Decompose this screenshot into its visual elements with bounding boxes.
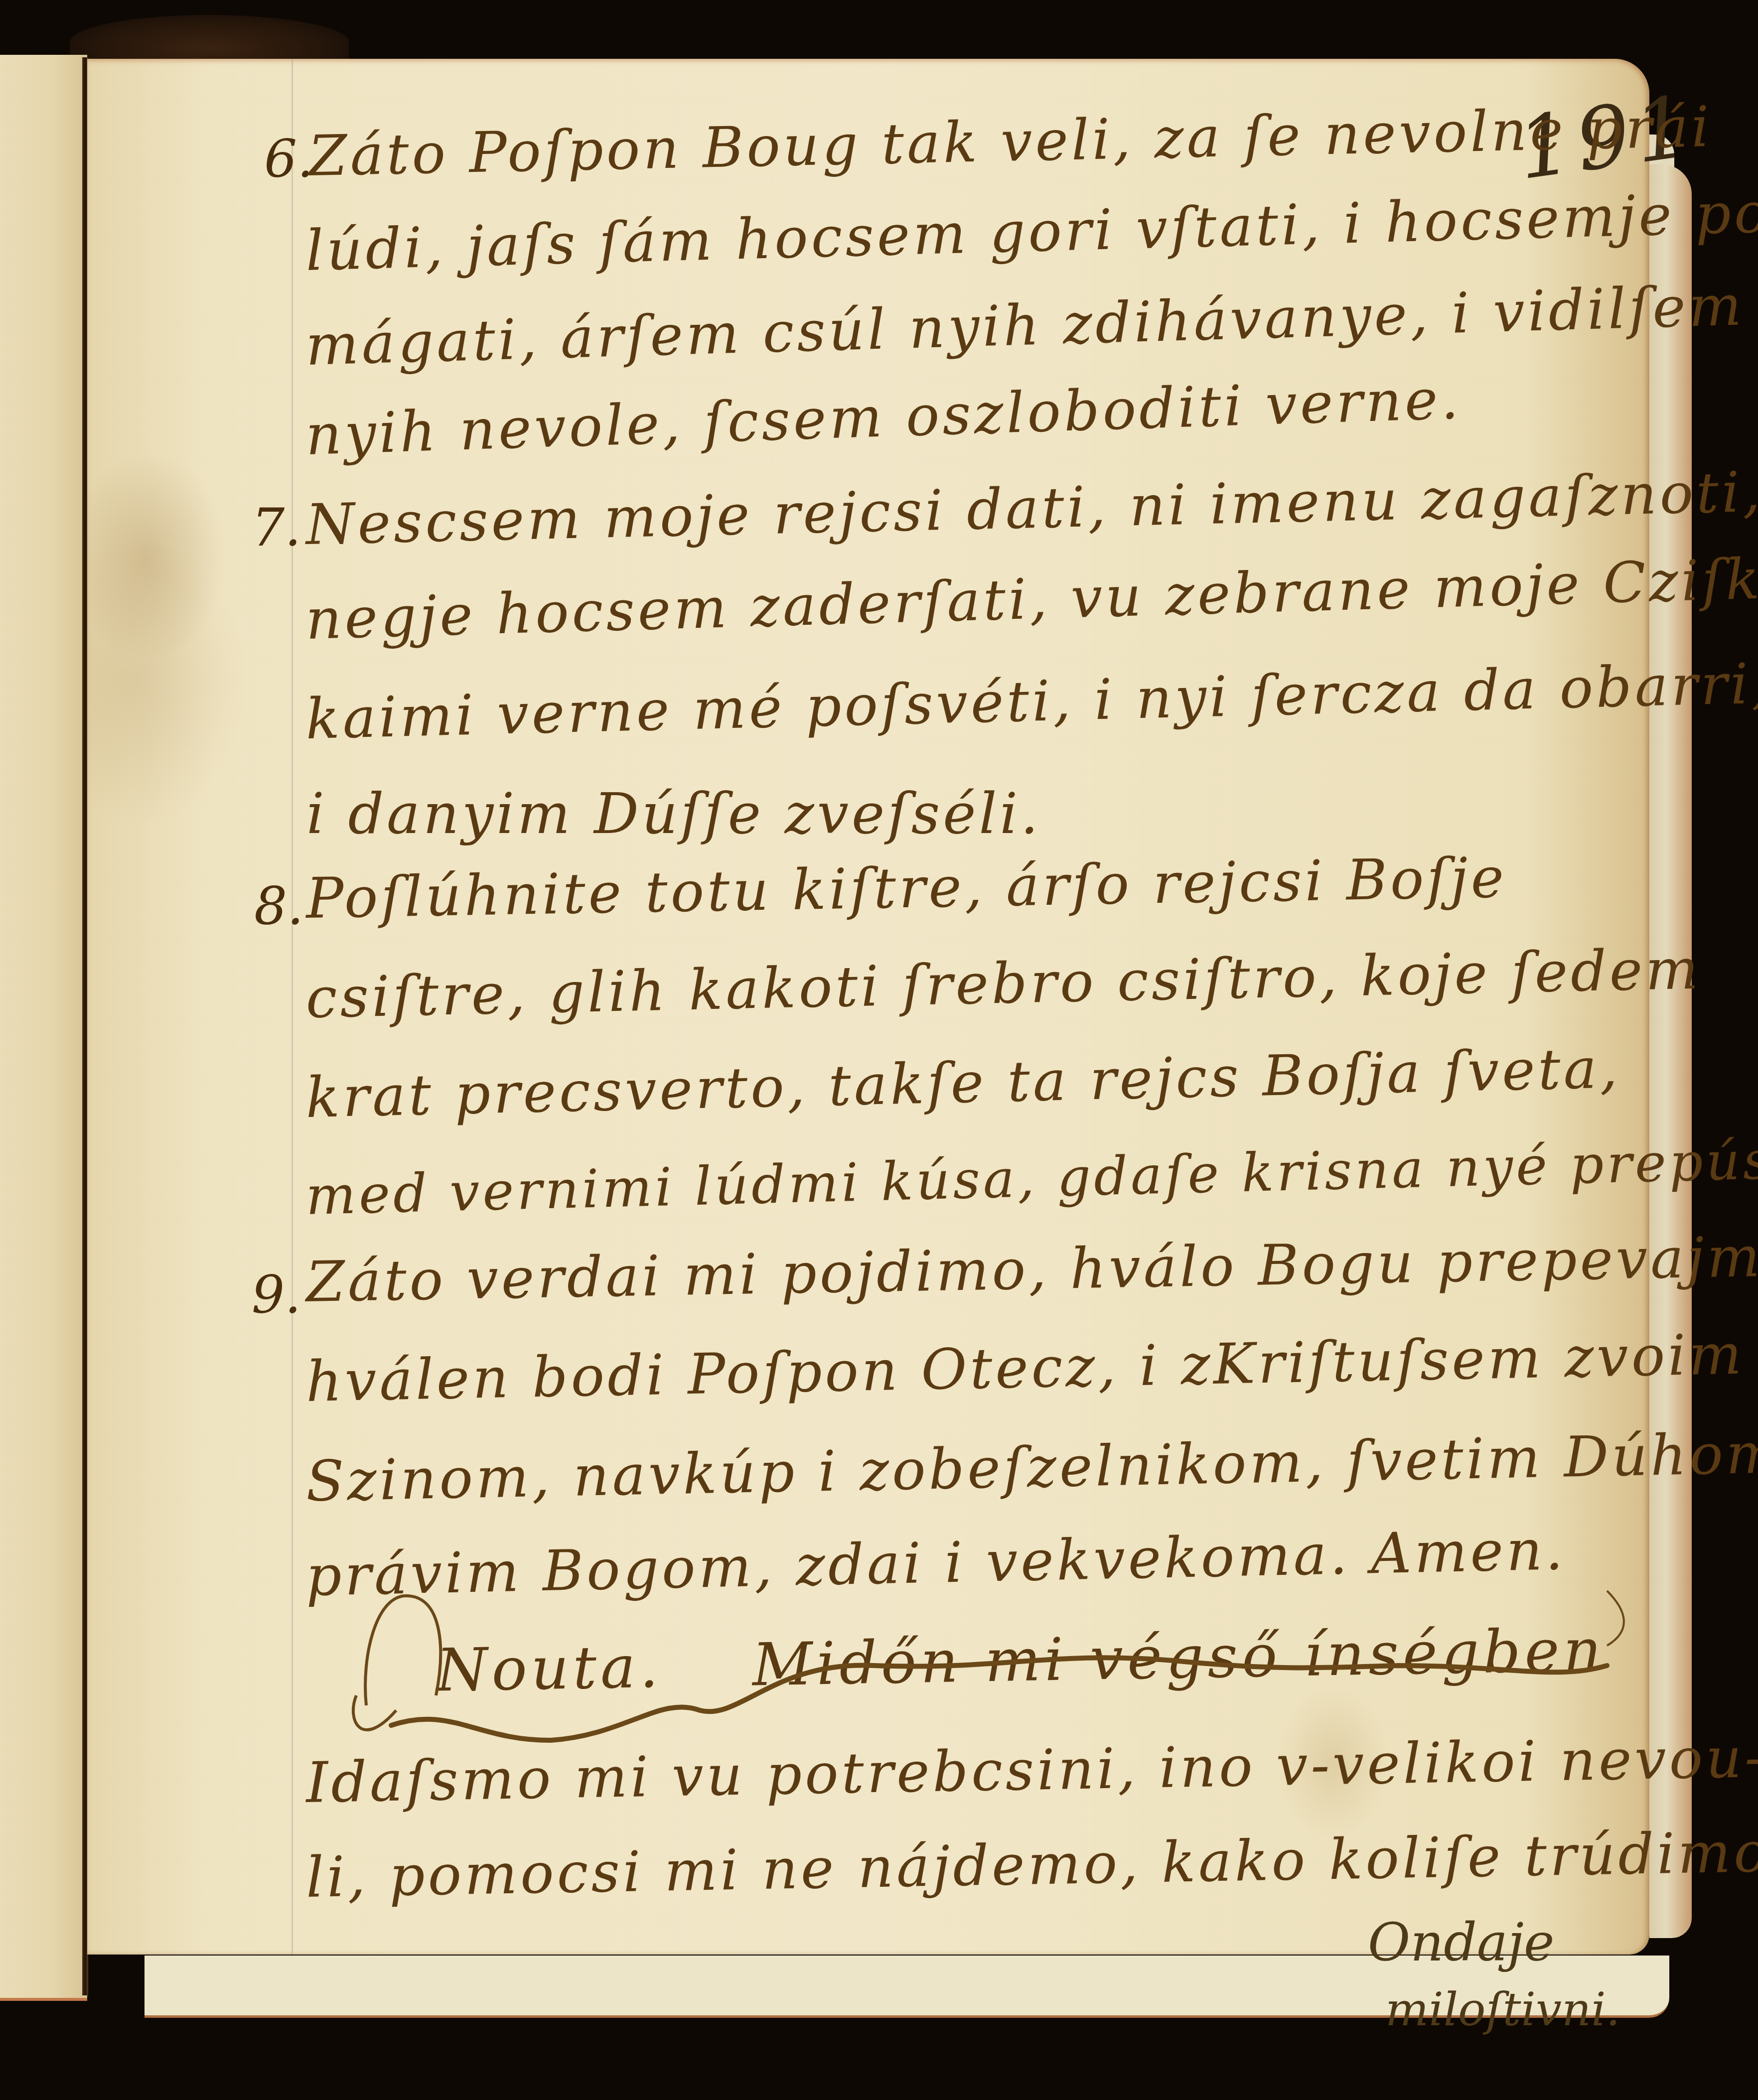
- verse-line: med vernimi lúdmi kúsa, gdaſe krisna nyé…: [305, 1131, 1758, 1223]
- verse-line: csiſtre, glih kakoti ſrebro csiſtro, koj…: [305, 941, 1702, 1026]
- verse-line: Záto verdai mi pojdimo, hválo Bogu prepe…: [305, 1228, 1758, 1310]
- left-page-edge: [0, 55, 87, 2001]
- verse-number: 9.: [252, 1264, 301, 1325]
- verse-line: hválen bodi Poſpon Otecz, i zKriſtuſsem …: [305, 1327, 1745, 1410]
- decorative-underline-swash: [301, 1531, 1758, 1760]
- verse-line: negje hocsem zaderſati, vu zebrane moje …: [305, 549, 1758, 648]
- verse-line: i danyim Dúſſe zveſséli.: [306, 786, 1041, 842]
- verse-line: Záto Poſpon Boug tak veli, za ſe nevolne…: [308, 99, 1713, 184]
- verse-number: 6.: [264, 129, 313, 189]
- verse-line: krat precsverto, takſe ta rejcs Boſja ſv…: [305, 1040, 1621, 1126]
- hymn-line: li, pomocsi mi ne nájdemo, kako koliſe t…: [305, 1824, 1758, 1906]
- verse-line: Szinom, navkúp i zobeſzelnikom, ſvetim D…: [305, 1425, 1758, 1510]
- verse-line: Poſlúhnite totu kiſtre, árſo rejcsi Boſj…: [305, 850, 1507, 927]
- verse-number: 8.: [254, 876, 303, 937]
- catchword: Ondaje: [1368, 1912, 1555, 1973]
- manuscript-page: 191 6. Záto Poſpon Boug tak veli, za ſe …: [87, 59, 1649, 1955]
- verse-line: nyih nevole, ſcsem oszloboditi verne.: [304, 371, 1462, 463]
- verse-number: 7.: [252, 497, 301, 558]
- verse-line: lúdi, jaſs ſám hocsem gori vſtati, i hoc…: [305, 184, 1758, 279]
- verse-line: mágati, árſem csúl nyih zdihávanye, i vi…: [305, 278, 1745, 374]
- manuscript-text: 191 6. Záto Poſpon Boug tak veli, za ſe …: [87, 59, 1649, 1955]
- verse-line: kaimi verne mé poſsvéti, i nyi ſercza da…: [305, 656, 1758, 747]
- verse-line: Nescsem moje rejcsi dati, ni imenu zagaſ…: [305, 464, 1758, 553]
- catchword-bottom: miloſtivni.: [1385, 1983, 1620, 2036]
